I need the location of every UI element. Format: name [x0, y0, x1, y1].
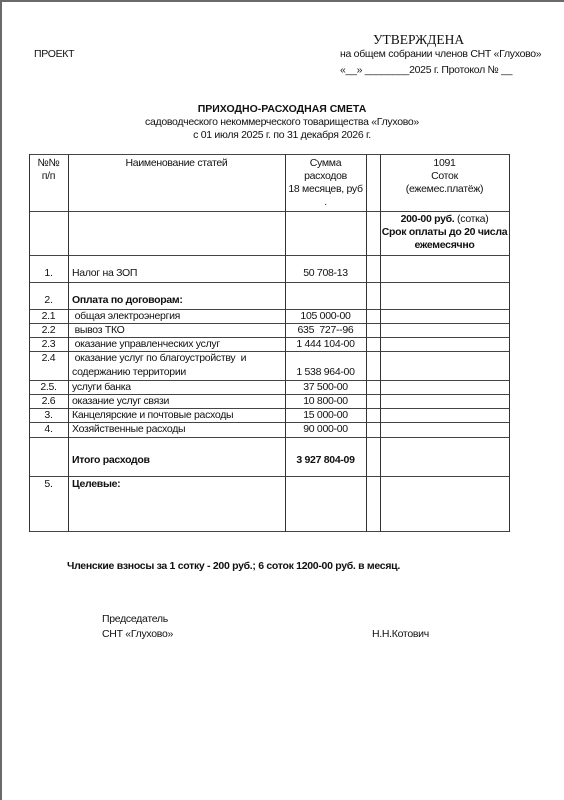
header-plots-line2: Соток — [380, 170, 509, 183]
row-sum: 15 000-00 — [285, 409, 366, 422]
document-subtitle: садоводческого некоммерческого товарищес… — [0, 116, 564, 128]
row-number: 1. — [29, 267, 68, 280]
row-name: оказание услуг по благоустройству и — [72, 352, 246, 365]
targeted-label: Целевые: — [72, 478, 120, 491]
row-divider — [29, 211, 510, 212]
column-divider — [366, 154, 367, 532]
row-name: Хозяйственные расходы — [72, 423, 185, 436]
row-sum: 90 000-00 — [285, 423, 366, 436]
approved-meeting-line: на общем собрании членов СНТ «Глухово» — [340, 48, 541, 60]
row-number: 2.1 — [29, 310, 68, 323]
table-border-right — [509, 154, 510, 532]
header-number-line2: п/п — [29, 170, 68, 183]
row-sum: 37 500-00 — [285, 381, 366, 394]
header-sum-line2: расходов — [285, 170, 366, 183]
row-sum: 10 800-00 — [285, 395, 366, 408]
row-number: 3. — [29, 409, 68, 422]
row-sum: 1 444 104-00 — [285, 338, 366, 351]
row-name: вывоз ТКО — [72, 324, 125, 337]
row-name: Оплата по договорам: — [72, 294, 183, 307]
column-divider — [380, 154, 381, 532]
page-border-top — [0, 0, 564, 2]
row-divider — [29, 255, 510, 256]
row-number: 4. — [29, 423, 68, 436]
row-number: 2.3 — [29, 338, 68, 351]
row-number: 2.6 — [29, 395, 68, 408]
signature-role-line1: Председатель — [102, 613, 168, 625]
rate-amount: 200-00 руб. — [401, 213, 455, 225]
approved-title: УТВЕРЖДЕНА — [373, 32, 464, 48]
budget-table: №№ п/п Наименование статей Сумма расходо… — [29, 154, 510, 532]
row-number: 2.2 — [29, 324, 68, 337]
header-item-name: Наименование статей — [68, 157, 285, 170]
header-plots: 1091 Соток (ежемес.платёж) — [380, 157, 509, 196]
signature-name: Н.Н.Котович — [372, 628, 429, 640]
header-number: №№ п/п — [29, 157, 68, 183]
targeted-number: 5. — [29, 478, 68, 491]
rate-unit: (сотка) — [454, 213, 488, 225]
row-name: общая электроэнергия — [72, 310, 180, 323]
header-sum-line1: Сумма — [285, 157, 366, 170]
document-period: с 01 июля 2025 г. по 31 декабря 2026 г. — [0, 129, 564, 141]
row-sum: 105 000-00 — [285, 310, 366, 323]
signature-role-line2: СНТ «Глухово» — [102, 628, 173, 640]
header-plots-line3: (ежемес.платёж) — [380, 183, 509, 196]
row-name: оказание управленческих услуг — [72, 338, 220, 351]
row-name: Налог на ЗОП — [72, 267, 137, 280]
rate-deadline-line2: ежемесячно — [380, 239, 509, 252]
total-label: Итого расходов — [72, 454, 150, 467]
total-sum: 3 927 804-09 — [285, 454, 366, 467]
membership-fee-note: Членские взносы за 1 сотку - 200 руб.; 6… — [67, 560, 400, 572]
row-sum: 50 708-13 — [285, 267, 366, 280]
header-sum: Сумма расходов 18 месяцев, руб . — [285, 157, 366, 209]
table-border-top — [29, 154, 510, 155]
row-divider — [29, 282, 510, 283]
row-name-line2: содержанию территории — [72, 366, 186, 379]
header-plots-line1: 1091 — [380, 157, 509, 170]
column-divider — [68, 154, 69, 532]
row-divider — [29, 437, 510, 438]
row-number: 2.5. — [29, 381, 68, 394]
table-border-bottom — [29, 531, 510, 532]
header-number-line1: №№ — [29, 157, 68, 170]
document-title: ПРИХОДНО-РАСХОДНАЯ СМЕТА — [0, 103, 564, 115]
row-sum: 635 727--96 — [285, 324, 366, 337]
rate-deadline-line1: Срок оплаты до 20 числа — [380, 226, 509, 239]
row-sum: 1 538 964-00 — [285, 366, 366, 379]
row-name: оказание услуг связи — [72, 395, 169, 408]
row-divider — [29, 476, 510, 477]
header-sum-line3: 18 месяцев, руб — [285, 183, 366, 196]
row-name: услуги банка — [72, 381, 131, 394]
row-number: 2.4 — [29, 352, 68, 365]
rate-cell: 200-00 руб. (сотка) Срок оплаты до 20 чи… — [380, 213, 509, 252]
header-sum-line4: . — [285, 196, 366, 209]
row-number: 2. — [29, 294, 68, 307]
row-name: Канцелярские и почтовые расходы — [72, 409, 233, 422]
approved-protocol-line: «__» ________2025 г. Протокол № __ — [340, 64, 512, 76]
draft-label: ПРОЕКТ — [34, 48, 74, 60]
